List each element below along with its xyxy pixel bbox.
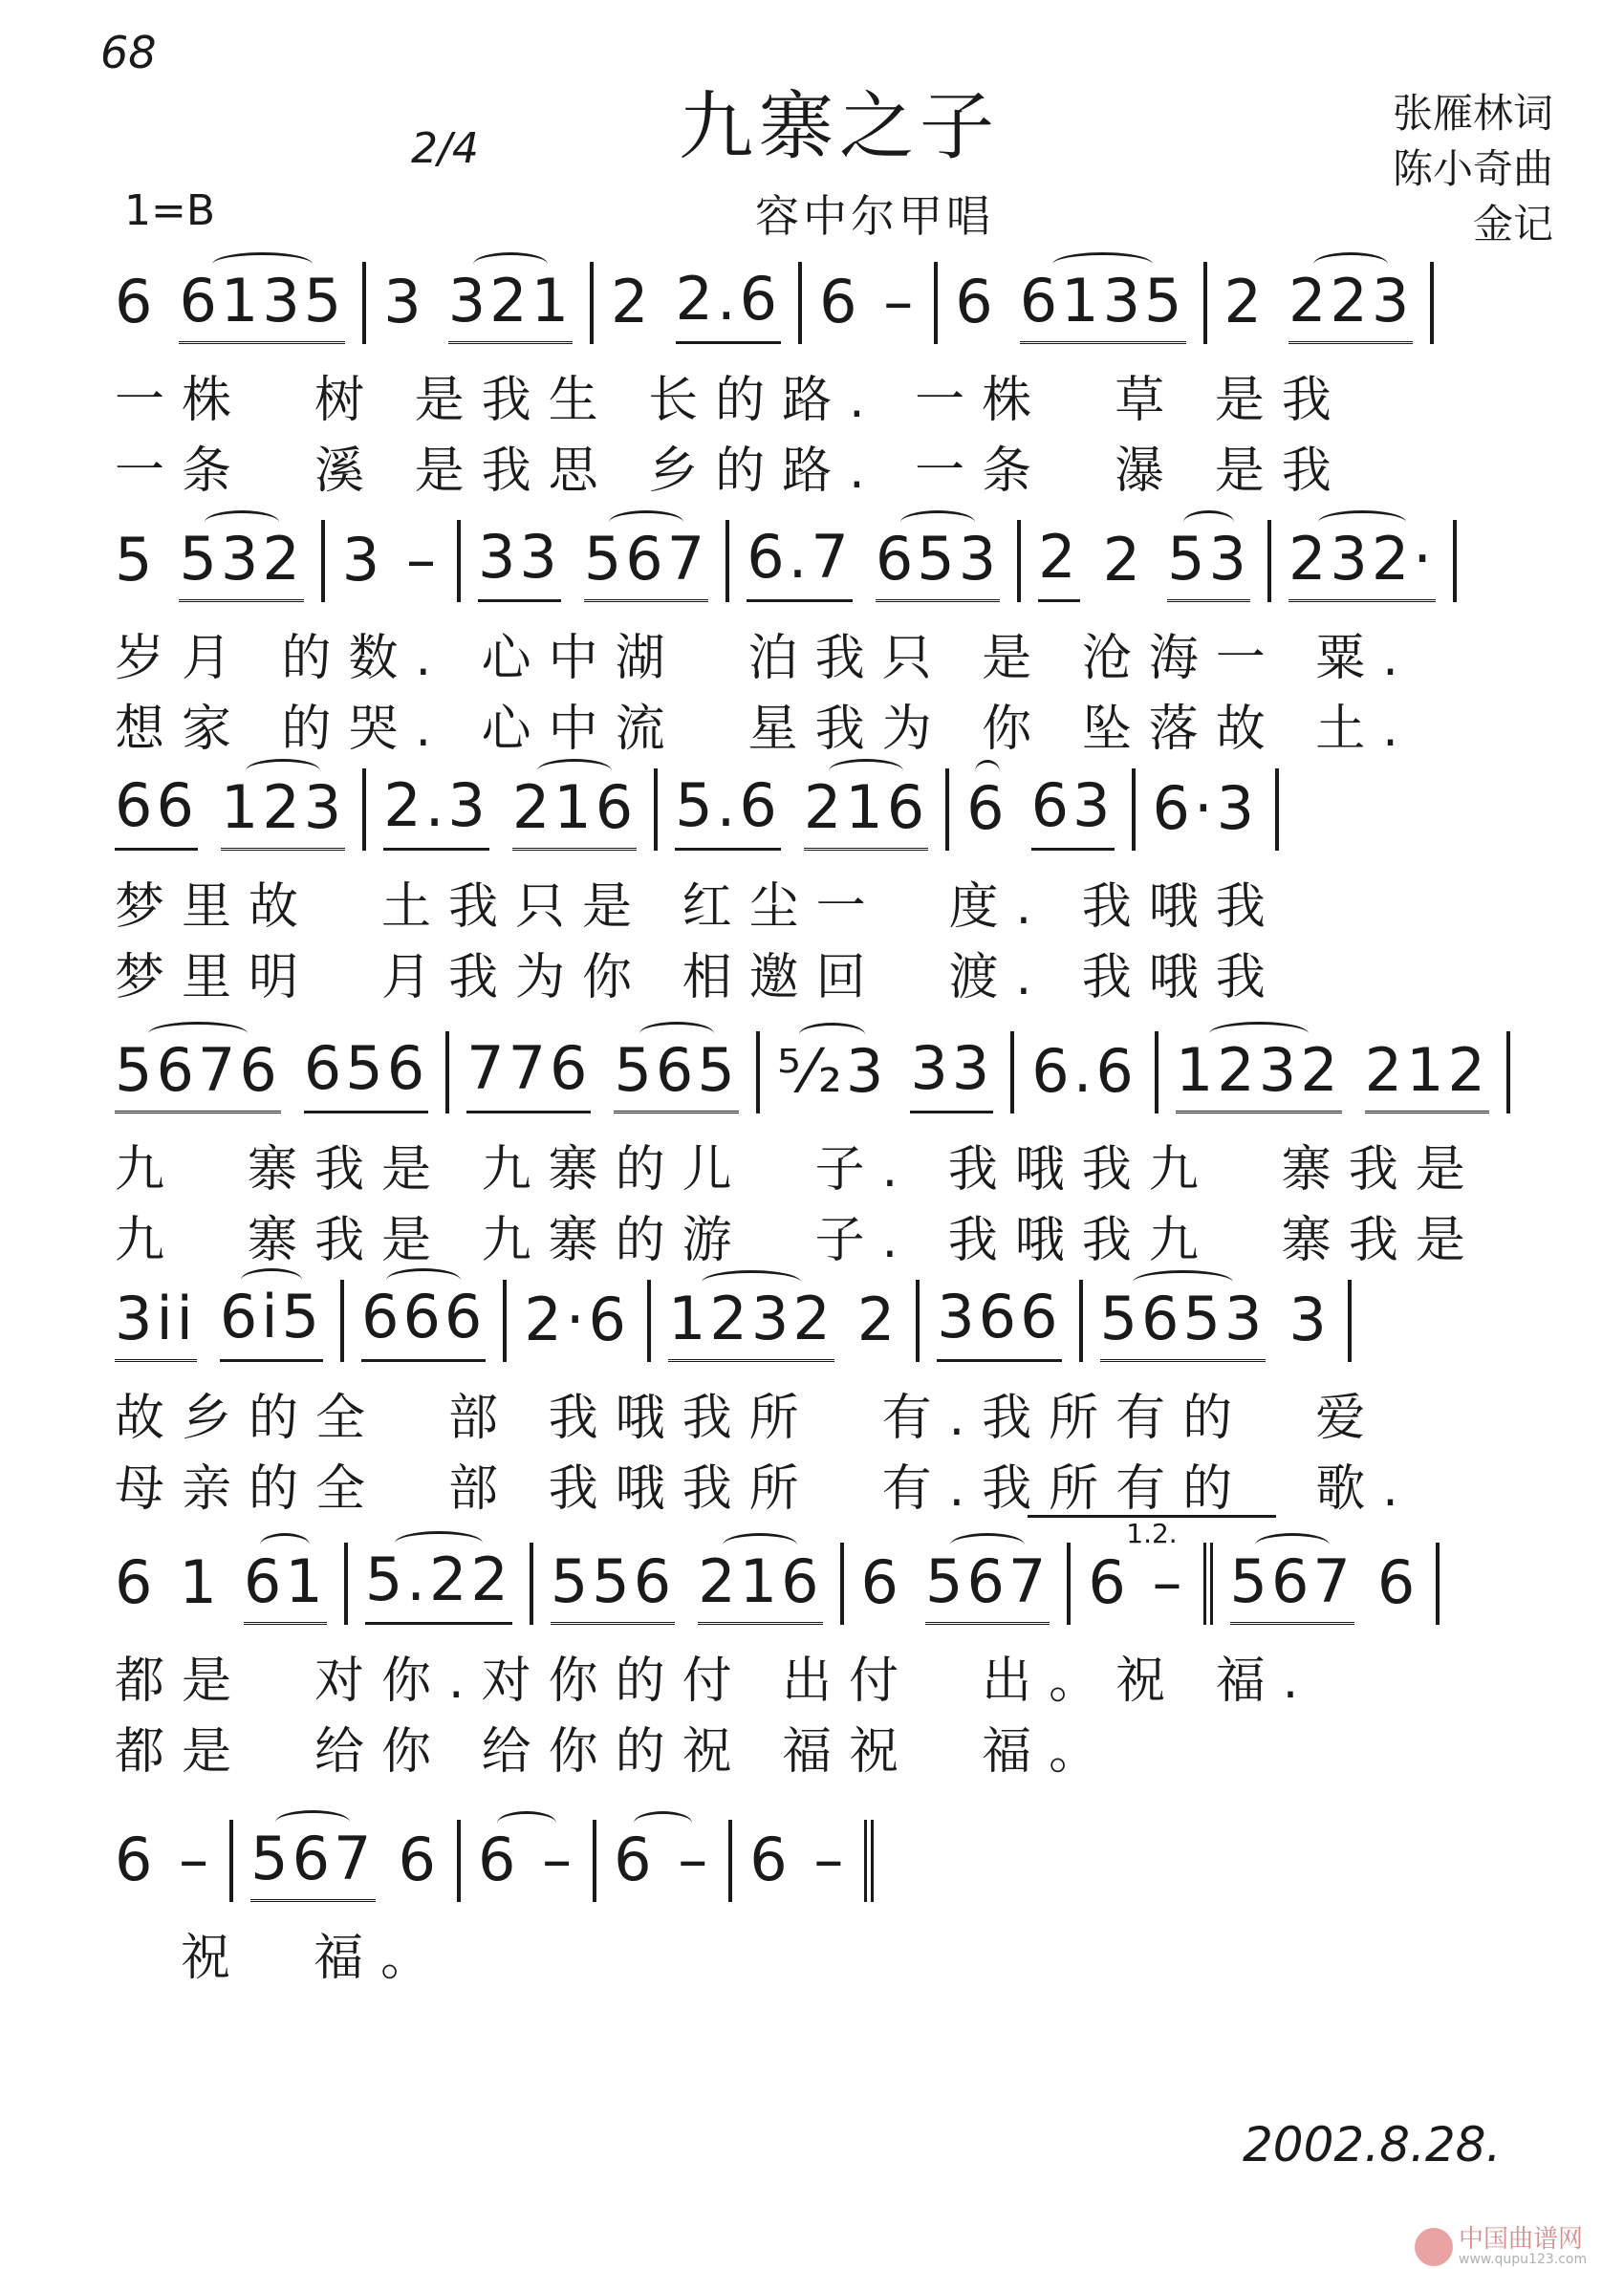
note-group: 6.6 xyxy=(1031,1036,1137,1113)
note-group: 567 xyxy=(1230,1546,1354,1625)
note-group: 6 xyxy=(966,773,1007,851)
note-group: 212 xyxy=(1365,1035,1489,1113)
measure: 66123 xyxy=(115,768,366,851)
lyric-line: 都是 给你 给你的祝 福祝 福。 xyxy=(115,1717,1568,1787)
measure: 5532 xyxy=(115,520,325,602)
note-group: 565 xyxy=(614,1035,738,1113)
measure: 2·6 xyxy=(507,1280,651,1362)
lyric-line: 九 寨我是 九寨的儿 子. 我哦我九 寨我是 xyxy=(115,1134,1568,1205)
measure: 5676 xyxy=(1213,1543,1440,1625)
score-system: 661232.32165.62166636·3梦里故 土我只是 红尘一 度. 我… xyxy=(115,765,1568,1013)
note-group: 6 – xyxy=(749,1825,847,1902)
note-group: 6 – xyxy=(478,1825,575,1902)
note-group: 66 xyxy=(115,770,198,851)
measure: 3 – xyxy=(325,520,461,602)
credits-block: 张雁林词 陈小奇曲 金记 xyxy=(1333,86,1553,252)
notation-line: 3ii6i56662·61232236656533 xyxy=(115,1276,1568,1362)
note-group: 6 – xyxy=(614,1825,711,1902)
lyric-line: 故乡的全 部 我哦我所 有.我所有的 爱 xyxy=(115,1383,1568,1454)
time-signature: 2/4 xyxy=(411,124,479,173)
measure: 6.7653 xyxy=(729,520,1021,602)
watermark-logo-icon xyxy=(1415,2228,1453,2266)
measure: 3321 xyxy=(366,262,594,344)
measure: 556216 xyxy=(533,1543,844,1625)
lyric-line: 九 寨我是 九寨的游 子. 我哦我九 寨我是 xyxy=(115,1205,1568,1276)
date-stamp: 2002.8.28. xyxy=(1243,2117,1501,2172)
measure: 232· xyxy=(1271,520,1457,602)
measure: 22.6 xyxy=(594,262,802,344)
transcriber-credit: 金记 xyxy=(1333,197,1553,252)
note-group: 3 xyxy=(383,267,424,344)
note-group: ⁵⁄₂3 xyxy=(777,1036,888,1113)
watermark-url: www.qupu123.com xyxy=(1459,2252,1587,2267)
note-group: 33 xyxy=(478,522,561,602)
measure: 2223 xyxy=(1207,262,1435,344)
composer-credit: 陈小奇曲 xyxy=(1333,141,1553,197)
notation-line: 55323 –335676.76532253232· xyxy=(115,516,1568,602)
measure: 776565 xyxy=(449,1031,760,1113)
measure: 2.3216 xyxy=(366,768,658,851)
key-signature: 1=B xyxy=(124,186,215,235)
score-system: 61615.2255621665676 –5676都是 对你.对你的付 出付 出… xyxy=(115,1539,1568,1787)
watermark: 中国曲谱网 www.qupu123.com xyxy=(1415,2227,1587,2267)
note-group: 2 xyxy=(857,1285,899,1362)
note-group: 6·3 xyxy=(1153,773,1259,851)
measure: ⁵⁄₂333 xyxy=(760,1031,1014,1113)
lyric-line: 梦里故 土我只是 红尘一 度. 我哦我 xyxy=(115,872,1568,942)
measure: 6 – xyxy=(802,262,938,344)
measure: 66135 xyxy=(938,262,1206,344)
note-group: 33 xyxy=(910,1033,993,1113)
note-group: 61 xyxy=(244,1546,327,1625)
note-group: 1 xyxy=(179,1547,220,1625)
measure: 5.22 xyxy=(348,1543,533,1625)
note-group: 1232 xyxy=(668,1284,834,1362)
note-group: 567 xyxy=(925,1546,1050,1625)
note-group: 5 xyxy=(115,525,156,602)
note-group: 216 xyxy=(804,772,928,851)
note-group: 6.7 xyxy=(747,522,853,602)
lyric-line: 岁月 的数. 心中湖 泊我只 是 沧海一 粟. xyxy=(115,623,1568,694)
lyricist-credit: 张雁林词 xyxy=(1333,86,1553,141)
measure: 6567 xyxy=(844,1543,1072,1625)
score-system: 5676656776565⁵⁄₂3336.61232212九 寨我是 九寨的儿 … xyxy=(115,1027,1568,1276)
singer-credit: 容中尔甲唱 xyxy=(755,182,994,245)
score-system: 55323 –335676.76532253232·岁月 的数. 心中湖 泊我只… xyxy=(115,516,1568,765)
note-group: 5653 xyxy=(1100,1284,1267,1362)
score-system: 3ii6i56662·61232236656533故乡的全 部 我哦我所 有.我… xyxy=(115,1276,1568,1524)
note-group: 53 xyxy=(1167,524,1250,602)
note-group: 6 xyxy=(1377,1547,1418,1625)
note-group: 6 – xyxy=(1088,1547,1185,1625)
note-group: 2·6 xyxy=(524,1285,630,1362)
score-system: 6 –56766 –6 –6 – 祝 福。 xyxy=(115,1816,1568,1994)
measure: 66135 xyxy=(115,262,366,344)
note-group: 366 xyxy=(937,1282,1061,1362)
note-group: 6 – xyxy=(819,267,917,344)
measure: 6 – xyxy=(596,1820,732,1902)
measure: 6 – xyxy=(461,1820,596,1902)
measure: 5.6216 xyxy=(658,768,949,851)
measure: 5676656 xyxy=(115,1031,449,1113)
note-group: 123 xyxy=(221,772,345,851)
measure: 366 xyxy=(920,1280,1082,1362)
note-group: 321 xyxy=(448,266,573,344)
score-system: 66135332122.66 –661352223一株 树 是我生 长的路. 一… xyxy=(115,258,1568,507)
lyric-line: 母亲的全 部 我哦我所 有.我所有的 歌. xyxy=(115,1454,1568,1524)
lyric-line: 想家 的哭. 心中流 星我为 你 坠落故 土. xyxy=(115,694,1568,765)
note-group: 6 xyxy=(399,1825,440,1902)
notation-line: 66135332122.66 –661352223 xyxy=(115,258,1568,344)
measure: 6 – xyxy=(732,1820,874,1902)
note-group: 6 xyxy=(955,267,996,344)
measure: 6·3 xyxy=(1136,768,1280,851)
note-group: 2.3 xyxy=(383,770,489,851)
measure: 56533 xyxy=(1083,1280,1352,1362)
note-group: 2 xyxy=(1103,525,1144,602)
note-group: 6 xyxy=(115,267,156,344)
note-group: 2 xyxy=(1038,522,1079,602)
page-number: 68 xyxy=(100,27,157,78)
note-group: 223 xyxy=(1288,266,1413,344)
notation-line: 61615.2255621665676 –5676 xyxy=(115,1539,1568,1625)
notation-line: 661232.32165.62166636·3 xyxy=(115,765,1568,851)
note-group: 656 xyxy=(304,1033,428,1113)
measure: 2253 xyxy=(1021,520,1271,602)
note-group: 567 xyxy=(584,524,708,602)
note-group: 666 xyxy=(361,1282,486,1362)
note-group: 776 xyxy=(466,1033,591,1113)
note-group: 3ii xyxy=(115,1284,197,1362)
lyric-line: 祝 福。 xyxy=(115,1923,1568,1994)
measure: 6161 xyxy=(115,1543,348,1625)
measure: 33567 xyxy=(461,520,729,602)
note-group: 3 xyxy=(1288,1285,1330,1362)
measure: 1232212 xyxy=(1158,1031,1510,1113)
lyric-line: 都是 对你.对你的付 出付 出。祝 福. xyxy=(115,1646,1568,1717)
note-group: 5.22 xyxy=(365,1545,512,1625)
note-group: 1232 xyxy=(1176,1035,1342,1113)
note-group: 216 xyxy=(512,772,637,851)
notation-line: 6 –56766 –6 –6 – xyxy=(115,1816,1568,1902)
measure: 5676 xyxy=(233,1820,461,1902)
note-group: 216 xyxy=(698,1546,822,1625)
note-group: 5676 xyxy=(115,1035,281,1113)
note-group: 6 xyxy=(861,1547,902,1625)
note-group: 6i5 xyxy=(220,1282,323,1362)
lyric-line: 一株 树 是我生 长的路. 一株 草 是我 xyxy=(115,365,1568,436)
note-group: 567 xyxy=(250,1824,375,1902)
song-title: 九寨之子 xyxy=(679,67,1000,174)
measure: 12322 xyxy=(651,1280,920,1362)
measure: 663 xyxy=(949,768,1135,851)
note-group: 5.6 xyxy=(675,770,781,851)
note-group: 6 xyxy=(115,1547,156,1625)
lyric-line: 梦里明 月我为你 相邀回 渡. 我哦我 xyxy=(115,942,1568,1013)
note-group: 63 xyxy=(1031,770,1115,851)
lyric-line: 一条 溪 是我思 乡的路. 一条 瀑 是我 xyxy=(115,436,1568,507)
note-group: 6135 xyxy=(1020,266,1186,344)
note-group: 2 xyxy=(1224,267,1266,344)
note-group: 6135 xyxy=(179,266,345,344)
note-group: 2 xyxy=(611,267,652,344)
note-group: 556 xyxy=(551,1546,675,1625)
note-group: 2.6 xyxy=(676,264,782,344)
measure: 6 – xyxy=(1071,1543,1212,1625)
notation-line: 5676656776565⁵⁄₂3336.61232212 xyxy=(115,1027,1568,1113)
watermark-text: 中国曲谱网 xyxy=(1459,2227,1587,2252)
note-group: 232· xyxy=(1288,524,1436,602)
note-group: 653 xyxy=(876,524,1000,602)
volta-bracket: 1.2. xyxy=(1028,1515,1276,1549)
note-group: 6 – xyxy=(115,1825,212,1902)
measure: 6.6 xyxy=(1014,1031,1158,1113)
measure: 3ii6i5 xyxy=(115,1280,344,1362)
note-group: 3 – xyxy=(342,525,440,602)
measure: 6 – xyxy=(115,1820,233,1902)
note-group: 532 xyxy=(179,524,303,602)
measure: 666 xyxy=(344,1280,507,1362)
